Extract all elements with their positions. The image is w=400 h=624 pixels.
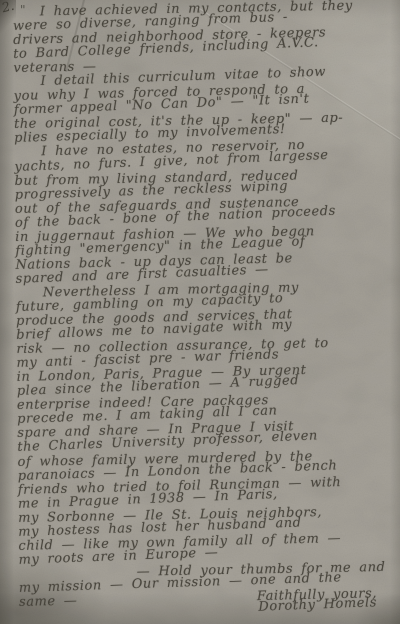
signature-text: Dorothy Homels [258, 595, 400, 615]
handwritten-text: I have achieved in my contacts, but they… [0, 0, 400, 624]
line-text [19, 610, 20, 624]
letter-page: 2. " I have achieved in my contacts, but… [0, 0, 400, 624]
